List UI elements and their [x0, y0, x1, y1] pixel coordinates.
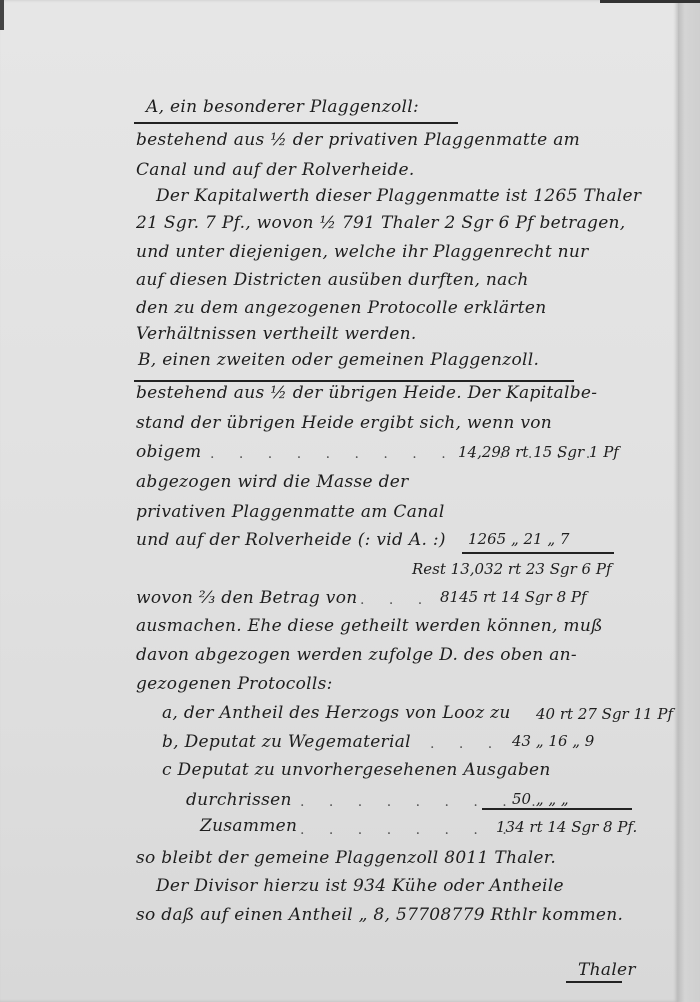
para-c-value: 8145 rt 14 Sgr 8 Pf — [440, 588, 587, 606]
item-b-label: b, Deputat zu Wegematerial — [162, 732, 411, 752]
item-c-value: 50 „ „ „ — [512, 790, 569, 808]
calc-row2-value: 1265 „ 21 „ 7 — [468, 530, 569, 548]
para-b-line-1: bestehend aus ½ der übrigen Heide. Der K… — [136, 383, 597, 403]
heading-b-underline — [134, 380, 574, 382]
para-c-line-1: wovon ⅔ den Betrag von — [136, 588, 357, 608]
para-a-line-3: Der Kapitalwerth dieser Plaggenmatte ist… — [156, 186, 641, 206]
leader-dots: . . . . . . . . — [300, 822, 517, 838]
para-b-line-2: stand der übrigen Heide ergibt sich, wen… — [136, 413, 552, 433]
para-a-line-1: bestehend aus ½ der privativen Plaggenma… — [136, 130, 580, 150]
total-label: Zusammen — [200, 816, 297, 836]
next-page-edge — [678, 0, 700, 1002]
item-b-value: 43 „ 16 „ 9 — [512, 732, 594, 750]
para-a-line-6: auf diesen Districten ausüben durften, n… — [136, 270, 529, 290]
heading-a: A, ein besonderer Plaggenzoll: — [146, 97, 419, 117]
para-a-line-8: Verhältnissen vertheilt werden. — [136, 324, 417, 344]
para-a-line-4: 21 Sgr. 7 Pf., wovon ½ 791 Thaler 2 Sgr … — [136, 213, 626, 233]
calc-row2-line-2: privativen Plaggenmatte am Canal — [136, 502, 445, 522]
item-c-continuation: durchrissen — [186, 790, 292, 810]
calc-row2-line-3: und auf der Rolverheide (: vid A. :) — [136, 530, 446, 550]
scan-shadow-left — [0, 0, 4, 30]
closing-line-2: Der Divisor hierzu ist 934 Kühe oder Ant… — [156, 876, 564, 896]
para-c-line-3: davon abgezogen werden zufolge D. des ob… — [136, 645, 577, 665]
catchword-underline — [566, 981, 622, 983]
sum-rule — [482, 808, 632, 810]
item-a-value: 40 rt 27 Sgr 11 Pf — [536, 705, 673, 723]
catchword: Thaler — [578, 960, 636, 980]
item-c-label: c Deputat zu unvorhergesehenen Ausgaben — [162, 760, 551, 780]
heading-a-underline — [134, 122, 458, 124]
para-c-line-2: ausmachen. Ehe diese getheilt werden kön… — [136, 616, 603, 636]
para-a-line-2: Canal und auf der Rolverheide. — [136, 160, 415, 180]
closing-line-1: so bleibt der gemeine Plaggenzoll 8011 T… — [136, 848, 556, 868]
para-c-line-4: gezogenen Protocolls: — [136, 674, 333, 694]
subtraction-rule — [462, 552, 614, 554]
calc-row1-value: 14,298 rt 15 Sgr 1 Pf — [458, 443, 619, 461]
closing-line-3: so daß auf einen Antheil „ 8, 57708779 R… — [136, 905, 623, 925]
calc-rest: Rest 13,032 rt 23 Sgr 6 Pf — [412, 560, 612, 578]
calc-row1-label: obigem — [136, 442, 201, 462]
item-a-label: a, der Antheil des Herzogs von Looz zu — [162, 703, 511, 723]
leader-dots: . . . — [360, 592, 432, 608]
heading-b: B, einen zweiten oder gemeinen Plaggenzo… — [138, 350, 539, 370]
leader-dots: . . . — [430, 736, 502, 752]
para-a-line-5: und unter diejenigen, welche ihr Plaggen… — [136, 242, 589, 262]
calc-row2-line-1: abgezogen wird die Masse der — [136, 472, 409, 492]
total-value: 134 rt 14 Sgr 8 Pf. — [496, 818, 637, 836]
scan-shadow-top — [600, 0, 700, 3]
para-a-line-7: den zu dem angezogenen Protocolle erklär… — [136, 298, 546, 318]
